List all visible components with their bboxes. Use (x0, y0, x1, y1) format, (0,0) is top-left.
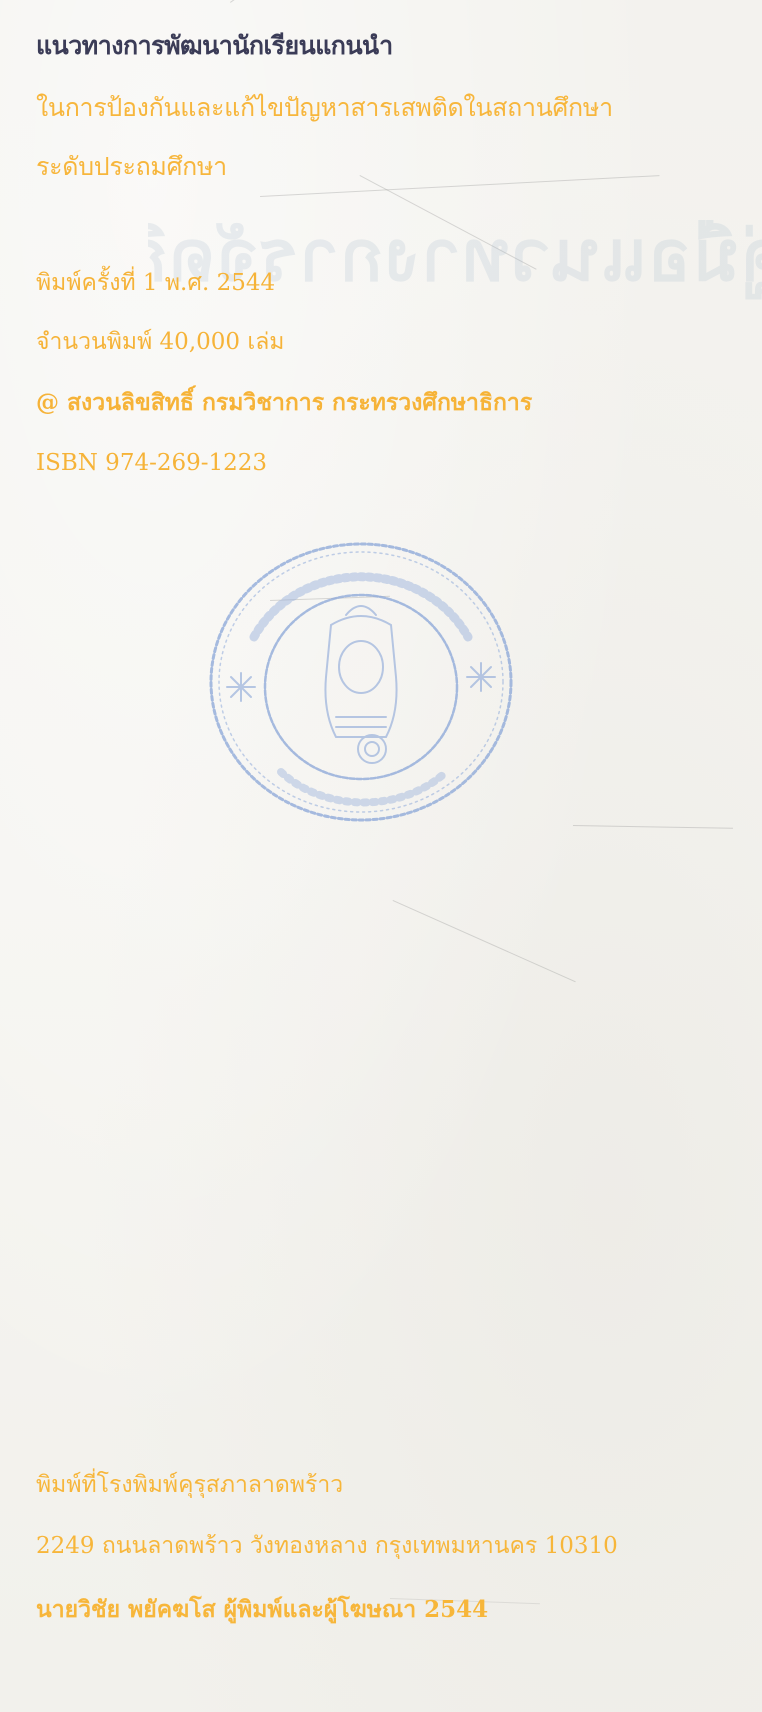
publisher-credit: นายวิชัย พยัคฆโส ผู้พิมพ์และผู้โฆษณา 254… (36, 1598, 488, 1621)
book-subtitle-line-1: ในการป้องกันและแก้ไขปัญหาสารเสพติดในสถาน… (36, 95, 613, 120)
edition-info: พิมพ์ครั้งที่ 1 พ.ศ. 2544 (36, 272, 275, 295)
book-title: แนวทางการพัฒนานักเรียนแกนนำ (36, 33, 393, 58)
library-seal-stamp-icon (196, 527, 526, 837)
copyright-notice: @ สงวนลิขสิทธิ์ กรมวิชาการ กระทรวงศึกษาธ… (36, 391, 532, 414)
paper-crease (573, 825, 733, 829)
paper-crease (260, 175, 660, 197)
book-subtitle-line-2: ระดับประถมศึกษา (36, 154, 227, 179)
paper-crease (230, 0, 296, 3)
printer-name: พิมพ์ที่โรงพิมพ์คุรุสภาลาดพร้าว (36, 1474, 343, 1497)
paper-crease (393, 900, 576, 982)
isbn: ISBN 974-269-1223 (36, 452, 267, 475)
printer-address: 2249 ถนนลาดพร้าว วังทองหลาง กรุงเทพมหานค… (36, 1535, 618, 1558)
document-page: คู่มือแนวทางการจัดกิจกรรม แนวทางการพัฒนา… (0, 0, 762, 1712)
print-run-info: จำนวนพิมพ์ 40,000 เล่ม (36, 331, 284, 354)
